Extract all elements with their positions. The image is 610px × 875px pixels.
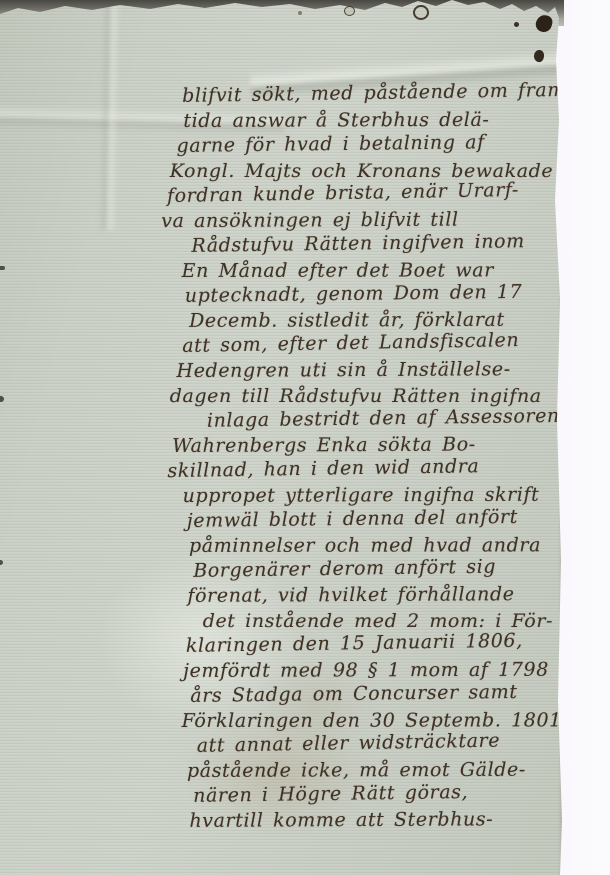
ink-ring-blot [344,6,355,16]
text-line: uptecknadt, genom Dom den 17 [185,279,568,309]
text-line: hvartill komme att Sterbhus- [189,807,572,834]
text-line: års Stadga om Concurser samt [190,679,571,709]
text-line: klaringen den 15 Januarii 1806, [186,628,571,659]
ink-dot-blot [298,11,302,15]
text-line: garne för hvad i betalning af [176,129,566,159]
paper-fold-line [98,0,120,230]
text-line: nären i Högre Rätt göras, [193,779,572,809]
ink-dot-blot [514,22,519,27]
paper-sheet: blifvit sökt, med påstående om fram-tida… [0,0,566,875]
left-edge-ink-mark [0,396,4,402]
scanned-document-page: blifvit sökt, med påstående om fram-tida… [0,0,610,875]
text-line: att som, efter det Landsfiscalen [182,327,568,359]
ink-ring-blot [413,5,429,20]
text-line: blifvit sökt, med påstående om fram- [182,78,566,109]
manuscript-text: blifvit sökt, med påstående om fram-tida… [174,81,573,834]
text-line: Hedengren uti sin å Inställelse- [176,357,568,384]
text-line: inlaga bestridt den af Assessoren [207,404,569,434]
text-line: att annat eller widsträcktare [197,727,572,759]
text-line: jemwäl blott i denna del anfört [187,504,570,534]
text-line: Borgenärer derom anfört sig [193,554,570,584]
text-line: skillnad, han i den wid andra [167,453,569,484]
left-edge-ink-mark [0,266,5,270]
left-edge-ink-mark [0,560,3,565]
text-line: Rådstufvu Rätten ingifven inom [191,229,567,259]
text-line: förenat, vid hvilket förhållande [187,582,570,609]
